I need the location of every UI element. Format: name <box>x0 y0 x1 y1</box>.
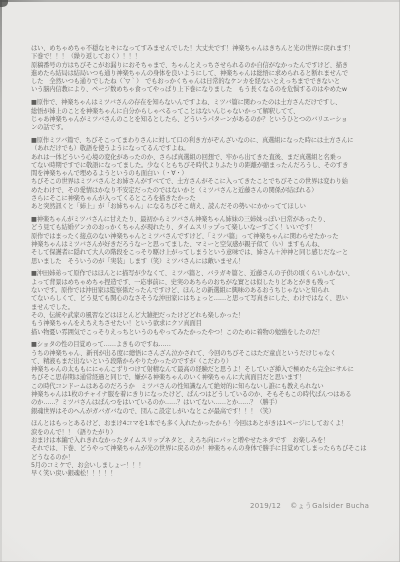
text-line: 神楽ちゃんは1枚のチャイナ服を着にきりになったけど、ぱんつはどうしているのか、そ… <box>31 391 351 398</box>
text-line: 涙をのんで！！（語りたがり） <box>31 429 116 436</box>
scanned-afterword-page: はい、めちゃめちゃ不穏なヒキになってすみませんでした！大丈夫です！神楽ちゃんはき… <box>0 0 400 562</box>
text-line: 原稿番号の方はちびそこがお漏りにおそちゃまで、ちゃんとえっちさせられるのか自信が… <box>31 62 348 69</box>
footer-copyright: ©ょうGalsider Bucha <box>290 502 369 510</box>
text-line: 5月のコミケで、お会いしましょー！！！ <box>31 462 144 469</box>
text-line: よって背景はめちゃめちゃ捏造です、一応事前に、史実のあちらのおちがな實とは似した… <box>31 279 335 286</box>
footer-credit: 2019/12©ょうGalsider Bucha <box>250 501 369 511</box>
text-line: ないです。原作では沖田家は監察係だったんですけど、ほんとの新選組に興味のあるおう… <box>31 287 329 294</box>
text-line: ほんとはもっとあるけど、おまけ4コマを1本でも多く入れたかったから！今回はあとが… <box>31 420 347 427</box>
text-line: いう脳内信教により、ページ数めちゃ食ってやっぱり上下巻になりました もう長くなる… <box>31 86 347 93</box>
text-line: はい、めちゃめちゃ不穏なヒキになってすみませんでした！大丈夫です！神楽ちゃんはき… <box>31 45 354 52</box>
text-line: ちびそこ思春期は通常経過と同じで、嫌がる神楽ちゃんのいく神楽ちゃんに大真面目だと… <box>31 374 305 381</box>
text-line: 銀魂世界はそのへんがガバガバなので、団んこ設定しがいなとこが最高です！！！（笑） <box>31 408 275 415</box>
text-line: あれは一体どういう心境の変化があったのか、さらば真選組の回想で、牢から出てきた直… <box>31 154 342 161</box>
text-line: この時代コンドームはあるのだろうか ミツバさんの性知識なんて絶対的に知らないし誰… <box>31 383 324 390</box>
paragraph: ■原作で、神楽ちゃんはミツバさんの存在を知らないんですよね、ミツバ篇に関わったの… <box>31 99 391 132</box>
text-line: もう神楽ちゃんをえちえちさせたい！という欲求にクソ真面目 <box>31 320 202 327</box>
text-line: さらにそこに神楽ちゃんが入ってくるところを描きたかった <box>31 195 196 202</box>
text-line: ませんでした。 <box>31 304 74 311</box>
text-line: ■沖田姉弟って原作ではほんとに描写が少なくて、ミツバ篇と、バラガキ篇と、近藤さん… <box>31 270 354 277</box>
paragraph: ほんとはもっとあるけど、おまけ4コマを1本でも多く入れたかったから！今回はあとが… <box>31 420 391 478</box>
paragraph: ■原作ミツバ篇で、ちびそこってまわりさんに対して口の利き方がぞんざいなのに、真選… <box>31 137 391 212</box>
text-line: ちびそこの世界はミツバさんとお姉さんがすべてで、土方さんがそこに入ってきたことで… <box>31 178 348 185</box>
text-line: それでは、下巻、どうやって神楽ちゃんが光の世界に戻るのか！神楽ちゃんの身体で勝手… <box>31 445 366 452</box>
text-line: てない時期ですでに敬語になってました。少なくともちびそ時代よりふたりの距離が縮ま… <box>31 162 348 169</box>
text-line: した 全然いつも通りでしたね（´▽｀） でもおっかくちゃんは日常的なケンカを経な… <box>31 78 340 85</box>
paragraph: ■ショタの性の目覚めって……よきものですね……うちの神楽ちゃん、新刊が出る度に總… <box>31 341 391 416</box>
text-line: 間を神楽ちゃんで埋めるようというのも面白い（・∀・） <box>31 170 188 177</box>
text-line: ■ショタの性の目覚めって……よきものですね…… <box>31 341 171 348</box>
text-line: 描い物憂い雰囲気でこっそりえっちというのもやってみたかったやつ！このために着物の… <box>31 329 324 336</box>
text-line: どう見ても結婚ゲンカのおっかくちゃんが現れたり、タイムスリップって楽しいなーすご… <box>31 224 316 231</box>
text-line: 進めたら結局は結局いつも通り神楽ちゃんの身体を良いようにして、神楽ちゃんは総悟に… <box>31 70 348 77</box>
scan-corner-artifact <box>0 0 8 7</box>
text-block: はい、めちゃめちゃ不穏なヒキになってすみませんでした！大丈夫です！神楽ちゃんはき… <box>31 45 391 483</box>
text-line: てないらしくて、どう見ても関心のなさそうな沖田家にはちょっと……と思って写真きに… <box>31 295 348 302</box>
text-line: じゃあ神楽ちゃんがミツバさんのことを知るとしたら、どういうパターンがあるのか？と… <box>31 116 347 123</box>
paragraph: はい、めちゃめちゃ不穏なヒキになってすみませんでした！大丈夫です！神楽ちゃんはき… <box>31 45 391 95</box>
text-line: 神楽ちゃんの太ももににゃんこずりつけて射精なんて最高の経験だと思うよ！そしていざ… <box>31 366 354 373</box>
text-line: おまけは本編で入れきれなかったタイムスリップネタと、えろち向にパッと増やせたネタ… <box>31 437 329 444</box>
text-line: 原作ではまったく接点のない神楽ちゃんとミツバさんですけど、「ミツバ篇」って神楽ち… <box>31 233 338 240</box>
text-line: めたわけで、その愛情はかなり不安定だったのではないかと（ミツバさんと近藤さんの関… <box>31 187 317 194</box>
text-line: のか……？ミツバさんはぱんつをはいているのか……？はいてない……とか……？（勝手… <box>31 399 281 406</box>
text-line: ンの話です。 <box>31 124 67 131</box>
text-line: その、伝統や武家の風習などはほとんど大雑把だったけどどれも楽しかった！ <box>31 312 244 319</box>
text-line: ■原作ミツバ篇で、ちびそこってまわりさんに対して口の利き方がぞんざいなのに、真選… <box>31 137 353 144</box>
text-line: そして保護者に隠れて大人の階段をこっそり駆け上がってしまうという意味では、姉さん… <box>31 249 348 256</box>
paragraph: ■沖田姉弟って原作ではほんとに描写が少なくて、ミツバ篇と、バラガキ篇と、近藤さん… <box>31 270 391 336</box>
footer-date: 2019/12 <box>250 502 281 510</box>
text-line: 下巻で！！！（繰り返しておく）！！！ <box>31 53 141 60</box>
paragraph: ■神楽ちゃんがミツバさんに甘えたり、最初からミツバさん神楽ちゃん姉妹の三姉妹っぽ… <box>31 216 391 266</box>
scan-edge-left <box>0 0 2 562</box>
text-line: 神楽ちゃんはミツバさんが好きだろうなーと思ってました、マミーと空気感が親子似て（… <box>31 241 324 248</box>
text-line: あと突然訊くと「姉上」が「お姉ちゃん」になるちびそこ萌え、読んだその勢いにかかっ… <box>31 203 306 210</box>
scan-edge-top <box>0 0 400 2</box>
text-line: 総悟が姉上のことを神楽ちゃんに自分からしゃべるってことはないんじゃないかって解釈… <box>31 108 299 115</box>
text-line: どうなるのか！ <box>31 454 74 461</box>
text-line: 思いました そういうのが「実装」します（笑）ミツバさんには敵いません！ <box>31 258 244 265</box>
text-line: ■原作で、神楽ちゃんはミツバさんの存在を知らないんですよね、ミツバ篇に関わったの… <box>31 99 341 106</box>
text-line: ■神楽ちゃんがミツバさんに甘えたり、最初からミツバさん神楽ちゃん姉妹の三姉妹っぽ… <box>31 216 329 223</box>
text-line: （あれだけでも）敬語を使うようになってるんですよね。 <box>31 145 190 152</box>
text-line: て、精液もまだ出ないという段階からやりたかったのですが（こだわり） <box>31 358 232 365</box>
text-line: うちの神楽ちゃん、新刊が出る度に總悟にさんざん泣かされて、今回のちびそこはただ童… <box>31 350 336 357</box>
text-line: 早く笑い戻い銀魂松！！！！！ <box>31 470 116 477</box>
